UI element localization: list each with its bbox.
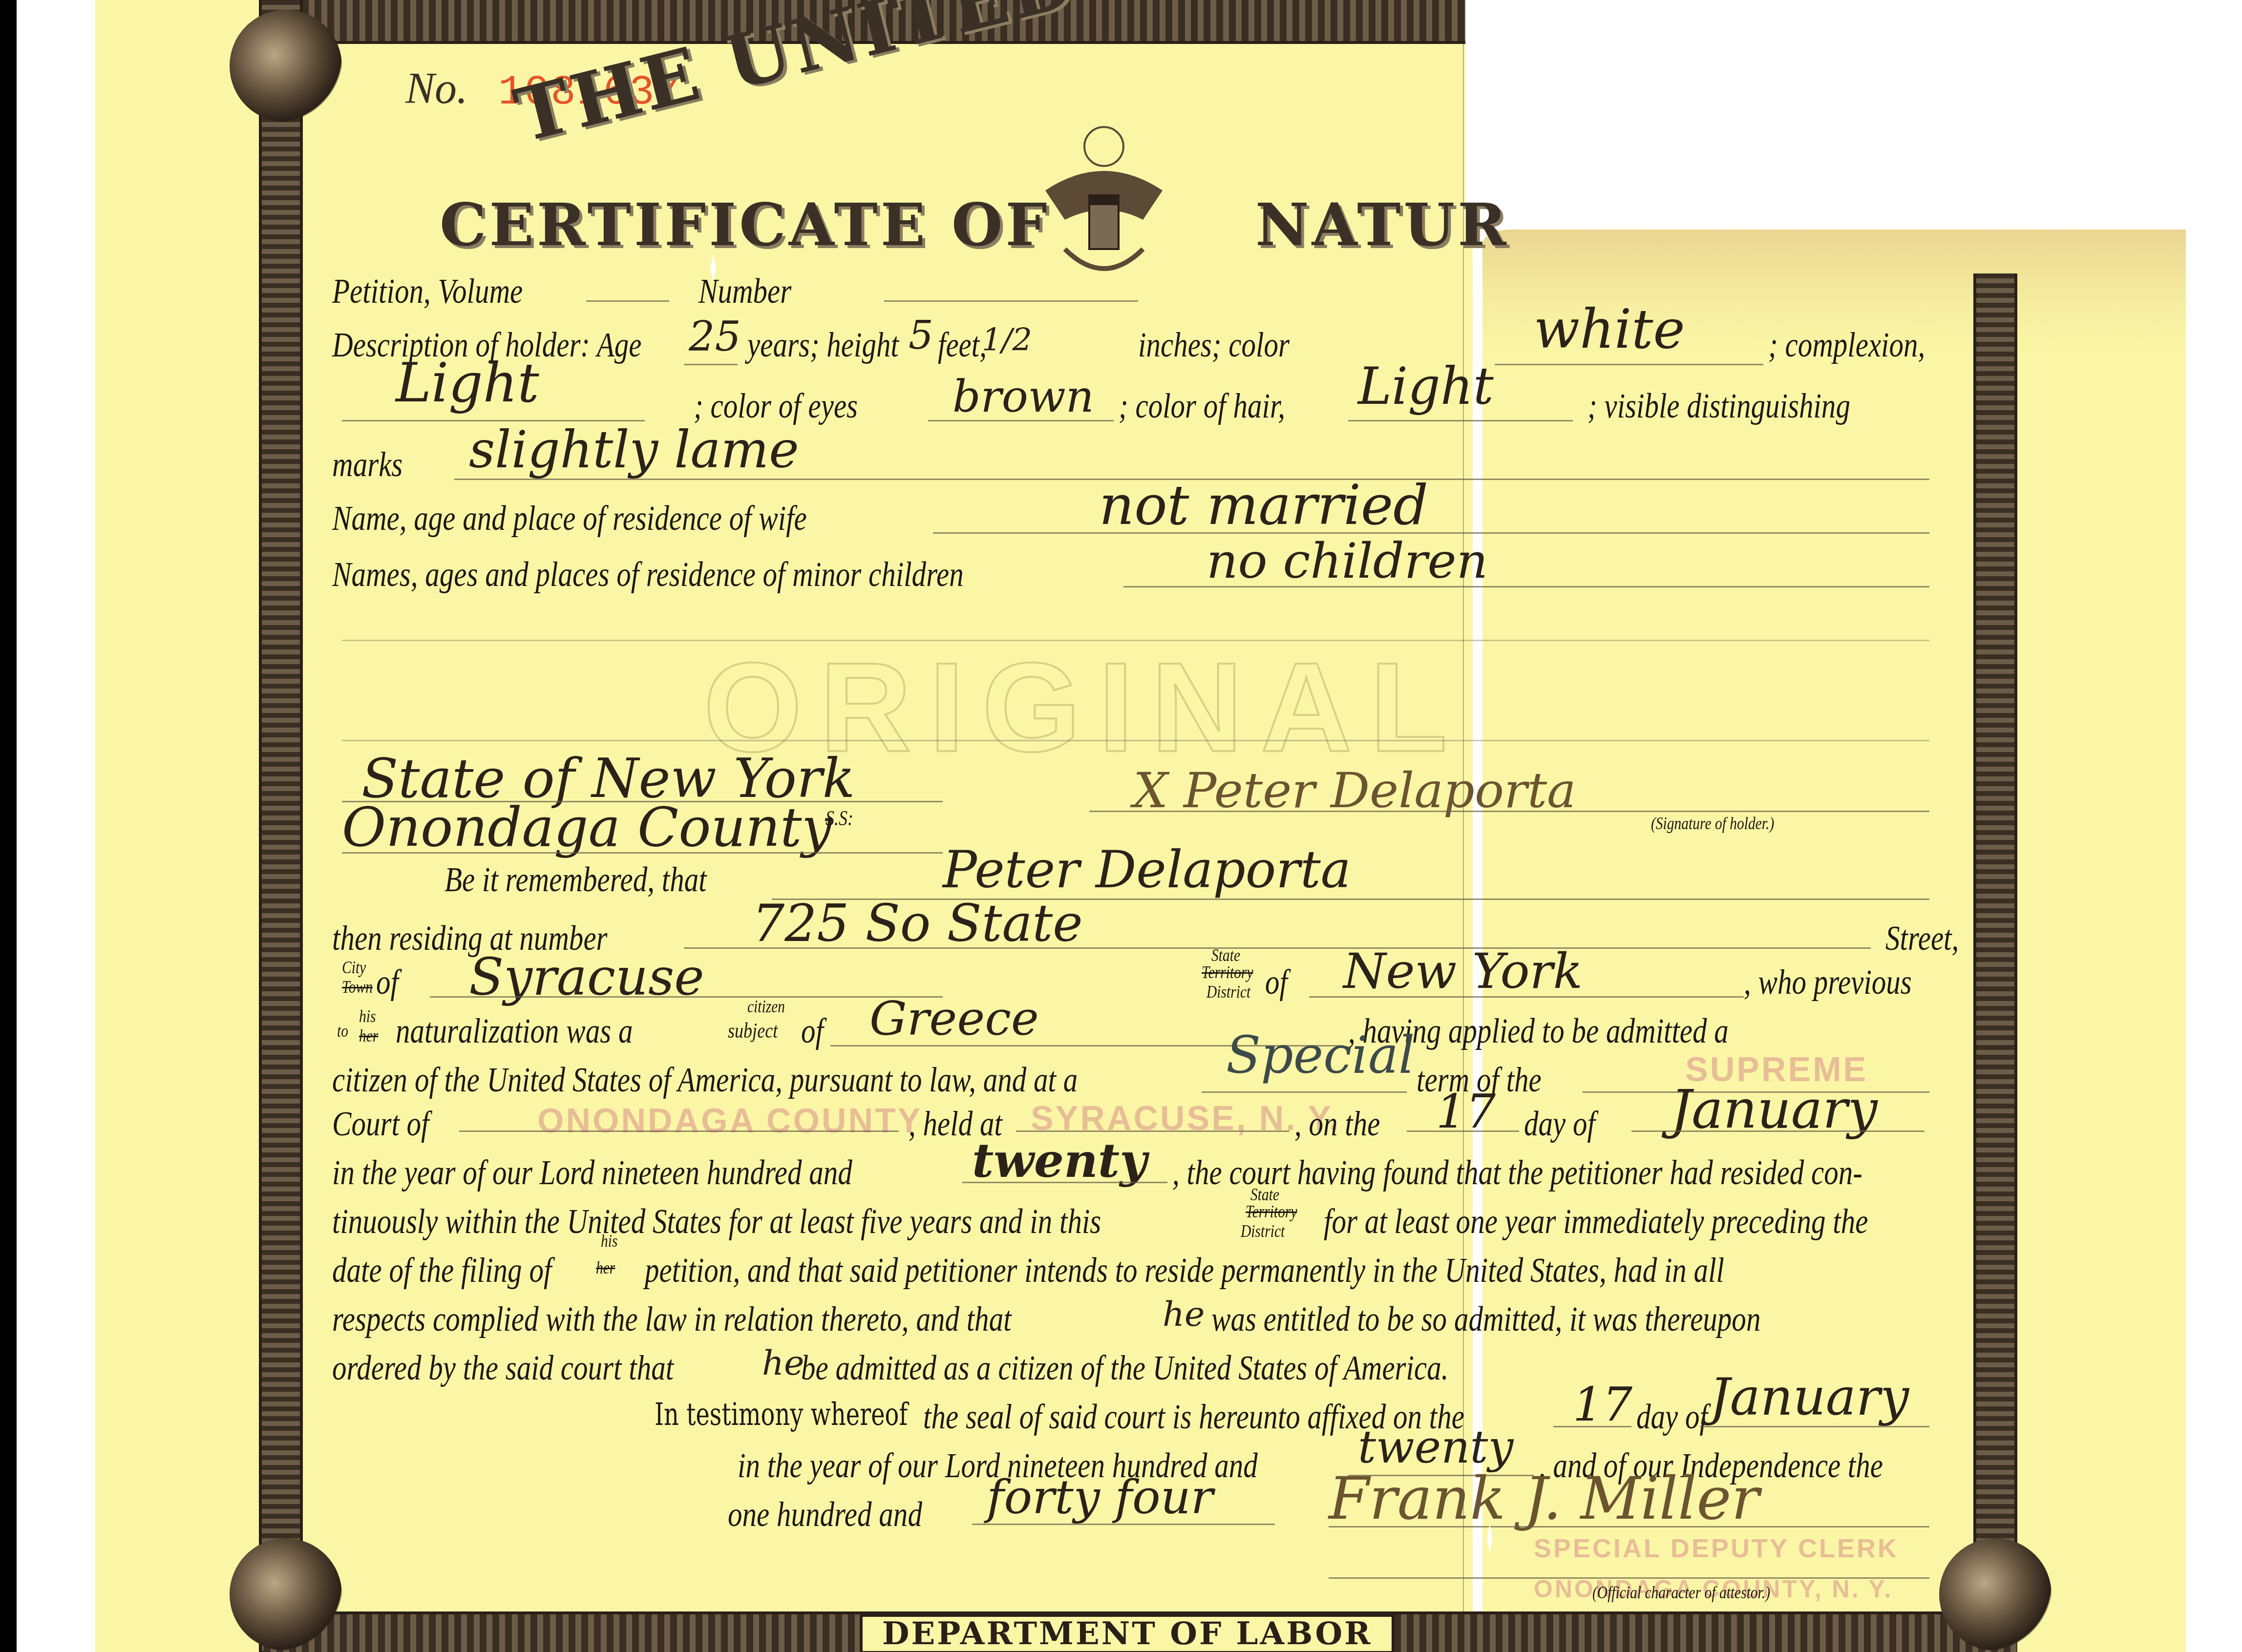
scan-edge [0, 0, 17, 1652]
year-line-label: in the year of our Lord nineteen hundred… [332, 1152, 852, 1193]
on-the-label: , on the [1294, 1104, 1380, 1144]
held-place-field[interactable] [1016, 1130, 1290, 1132]
citizen-label: citizen [747, 996, 785, 1017]
complied-label: respects complied with the law in relati… [332, 1299, 1012, 1339]
city-label-top: City [342, 957, 366, 978]
his-label: his [359, 1006, 376, 1026]
to-label: to [337, 1021, 348, 1041]
her-label: her [359, 1025, 378, 1046]
court-county-field[interactable] [459, 1130, 899, 1132]
holder-signature-field[interactable] [1089, 811, 1929, 812]
attest-day-of-label: day of [1636, 1397, 1708, 1437]
border-left [259, 0, 303, 1652]
year-word-field[interactable] [962, 1182, 1167, 1183]
height-feet-value: 5 [909, 313, 933, 358]
border-right [1973, 273, 2017, 1652]
holder-signature-caption: (Signature of holder.) [1651, 813, 1774, 834]
ordered-pronoun: he [762, 1343, 804, 1383]
hundred-label: one hundred and [728, 1494, 922, 1535]
complexion-value: Light [396, 352, 539, 414]
title-certificate-of: CERTIFICATE OF [440, 190, 1050, 259]
day-field[interactable] [1407, 1130, 1519, 1132]
hair-field[interactable] [1348, 420, 1573, 421]
attest-month-field[interactable] [1700, 1426, 1929, 1427]
petition-intent-label: petition, and that said petitioner inten… [645, 1250, 1724, 1291]
line-territory-struck: Territory [1246, 1201, 1297, 1222]
wife-value: not married [1099, 474, 1428, 537]
remembered-label: Be it remembered, that [444, 859, 707, 900]
county-stamp: ONONDAGA COUNTY [537, 1101, 923, 1140]
attestor-title-stamp: SPECIAL DEPUTY CLERK [1534, 1533, 1899, 1564]
one-year-label: for at least one year immediately preced… [1324, 1201, 1868, 1242]
subject-of-label: of [801, 1011, 824, 1051]
address-field[interactable] [684, 947, 1871, 949]
acanthus-corner-icon [230, 1538, 342, 1651]
continuously-label: tinuously within the United States for a… [332, 1201, 1101, 1242]
independence-years-value: forty four [987, 1470, 1213, 1525]
inches-color-label: inches; color [1138, 325, 1290, 365]
petition-number-field[interactable] [884, 300, 1138, 302]
address-value: 725 So State [752, 894, 1083, 953]
serial-prefix: No. [405, 63, 468, 114]
hair-value: Light [1358, 356, 1494, 416]
court-of-label: Court of [332, 1104, 429, 1144]
official-caption: (Official character of attestor.) [1592, 1582, 1770, 1603]
who-previous-label: , who previous [1744, 962, 1912, 1003]
complied-pronoun: he [1163, 1294, 1205, 1334]
state-field[interactable] [1309, 996, 1744, 998]
hair-label: ; color of hair, [1119, 386, 1285, 426]
testimony-label: In testimony whereof [655, 1397, 908, 1433]
age-field[interactable] [684, 364, 738, 365]
eyes-field[interactable] [928, 420, 1114, 421]
title-naturalization-partial: NATUR [1255, 190, 1509, 259]
marks-value: slightly lame [469, 420, 799, 480]
years-height-label: years; height [747, 325, 899, 365]
children-field[interactable] [1123, 586, 1929, 587]
naturalization-label: naturalization was a [396, 1011, 633, 1051]
street-label: Street, [1885, 918, 1959, 959]
height-inches-value: 1/2 [982, 322, 1032, 358]
complexion-label: ; complexion, [1768, 325, 1925, 365]
town-label-struck: Town [342, 977, 373, 997]
year-word-value: twenty [972, 1133, 1147, 1188]
term-type-field[interactable] [1202, 1091, 1407, 1093]
territory-label-struck: Territory [1202, 962, 1253, 983]
district-label: District [1206, 982, 1250, 1002]
venue-county: Onondaga County [342, 796, 832, 858]
attestor-signature-field[interactable] [1329, 1526, 1929, 1527]
eagle-seal-icon [1036, 122, 1172, 298]
attest-day-field[interactable] [1553, 1426, 1631, 1427]
state-value: New York [1343, 942, 1583, 1000]
filing-his: his [601, 1231, 617, 1251]
admitted-label: be admitted as a citizen of the United S… [801, 1348, 1448, 1388]
attestor-signature[interactable]: Frank J. Miller [1329, 1465, 1759, 1533]
city-field[interactable] [430, 996, 943, 998]
color-value: white [1534, 298, 1685, 360]
line-district: District [1241, 1221, 1285, 1241]
petition-volume-label: Petition, Volume [332, 271, 523, 312]
independence-years-field[interactable] [972, 1524, 1275, 1525]
color-field[interactable] [1495, 364, 1763, 365]
children-value: no children [1206, 532, 1488, 589]
acanthus-corner-icon [230, 10, 342, 122]
visible-marks-label: ; visible distinguishing [1587, 386, 1850, 426]
pursuant-label: citizen of the United States of America,… [332, 1060, 1078, 1100]
attest-month-value: January [1710, 1367, 1909, 1427]
certificate-paper-right-panel [1482, 230, 2186, 1652]
city-value: Syracuse [469, 947, 704, 1007]
subject-label: subject [728, 1018, 778, 1043]
filing-her-struck: her [596, 1257, 615, 1278]
acanthus-corner-icon [1939, 1538, 2052, 1651]
month-field[interactable] [1631, 1130, 1925, 1132]
eyes-value: brown [952, 371, 1094, 422]
attestor-title-field[interactable] [1329, 1577, 1929, 1579]
attest-day-value: 17 [1573, 1377, 1632, 1432]
wife-label: Name, age and place of residence of wife [332, 498, 807, 539]
city-of-label: of [376, 962, 399, 1003]
state-of-label: of [1265, 962, 1288, 1003]
day-of-label: day of [1524, 1104, 1595, 1144]
children-label: Names, ages and places of residence of m… [332, 554, 964, 595]
ordered-label: ordered by the said court that [332, 1348, 674, 1388]
feet-label: feet, [938, 325, 987, 365]
blank-rule [342, 740, 1929, 741]
holder-name: Peter Delaporta [943, 840, 1351, 899]
entitled-label: was entitled to be so admitted, it was t… [1211, 1299, 1760, 1339]
ss-label: S.S: [825, 806, 853, 831]
department-band: DEPARTMENT OF LABOR [860, 1614, 1395, 1652]
venue-county-field[interactable] [342, 852, 943, 854]
nationality-value: Greece [869, 991, 1039, 1046]
term-type-value: Special [1226, 1025, 1415, 1085]
petition-volume-field[interactable] [586, 300, 669, 302]
age-value: 25 [689, 313, 741, 360]
marks-label: marks [332, 444, 402, 485]
filing-label: date of the filing of [332, 1250, 551, 1291]
